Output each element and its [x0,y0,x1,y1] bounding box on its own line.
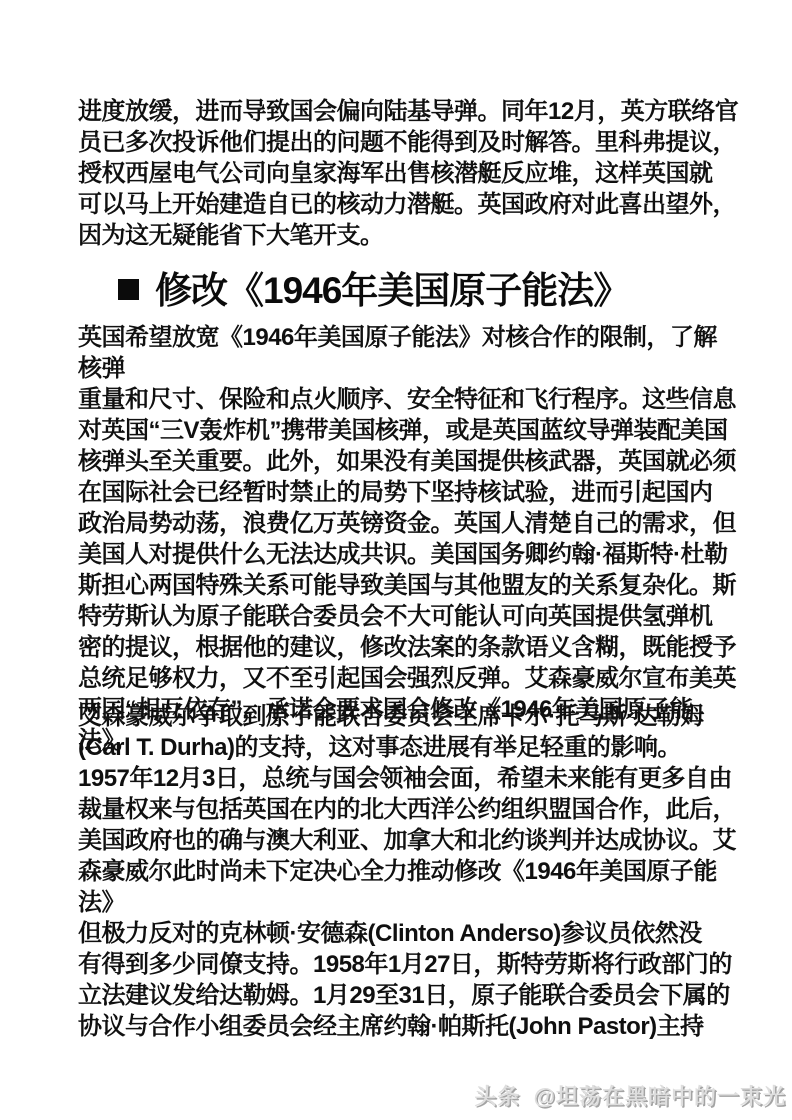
watermark-platform: 头条 [474,1084,520,1109]
square-bullet-icon [118,279,139,300]
document-page: 进度放缓，进而导致国会偏向陆基导弹。同年12月，英方联络官 员已多次投诉他们提出… [0,0,792,1120]
watermark: 头条 @坦荡在黑暗中的一束光 [474,1080,786,1111]
section-heading-title: 修改《1946年美国原子能法》 [155,260,629,314]
section-heading: 修改《1946年美国原子能法》 [118,263,629,311]
paragraph-2: 英国希望放宽《1946年美国原子能法》对核合作的限制，了解核弹 重量和尺寸、保险… [78,322,740,756]
paragraph-3: 艾森豪威尔争取到原子能联合委员会主席卡尔·托马斯·达勒姆 (Carl T. Du… [78,701,740,1042]
watermark-handle: @坦荡在黑暗中的一束光 [534,1084,786,1109]
paragraph-1: 进度放缓，进而导致国会偏向陆基导弹。同年12月，英方联络官 员已多次投诉他们提出… [78,96,740,251]
